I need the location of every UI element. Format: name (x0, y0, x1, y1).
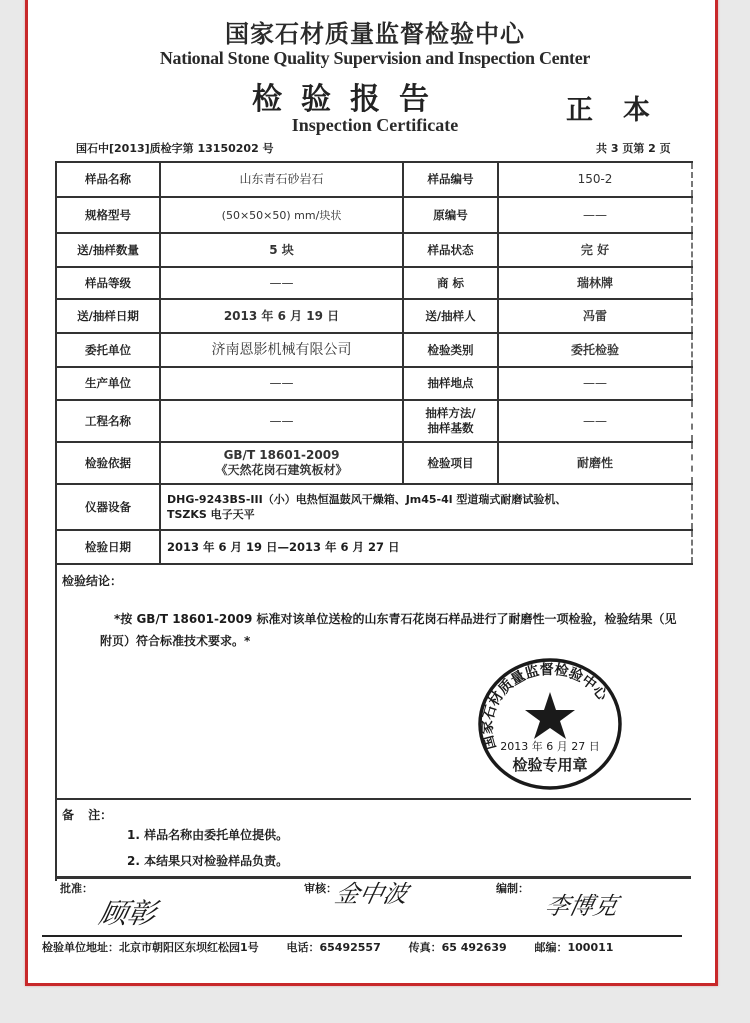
field-label: 检验类别 (403, 333, 498, 367)
field-label: 抽样方法/ 抽样基数 (403, 400, 498, 442)
org-name-cn: 国家石材质量监督检验中心 (0, 14, 750, 49)
field-value: 委托检验 (498, 333, 692, 367)
field-value: 完 好 (498, 233, 692, 267)
field-label: 检验项目 (403, 442, 498, 484)
table-row: 工程名称 —— 抽样方法/ 抽样基数 —— (56, 400, 692, 442)
star-icon (525, 692, 575, 739)
field-value: (50×50×50) mm/块状 (160, 197, 403, 233)
official-seal: 国家石材质量监督检验中心 2013 年 6 月 27 日 检验专用章 (476, 656, 624, 792)
notes-label: 备 注： (62, 806, 112, 823)
note-item: 2. 本结果只对检验样品负责。 (127, 852, 288, 869)
footer-postcode: 邮编：100011 (534, 941, 613, 954)
field-value: —— (498, 400, 692, 442)
field-value: 济南恩影机械有限公司 (160, 333, 403, 367)
page-number: 共 3 页第 2 页 (596, 140, 671, 156)
prepare-label: 编制： (496, 880, 529, 896)
sample-info-table: 样品名称 山东青石砂岩石 样品编号 150-2 规格型号 (50×50×50) … (55, 161, 693, 565)
field-value: 冯雷 (498, 299, 692, 333)
table-row: 委托单位 济南恩影机械有限公司 检验类别 委托检验 (56, 333, 692, 367)
approve-signature: 顾彰 (96, 892, 161, 932)
prepare-signature: 李博克 (542, 886, 621, 921)
field-value: GB/T 18601-2009 《天然花岗石建筑板材》 (160, 442, 403, 484)
table-row-equipment: 仪器设备 DHG-9243BS-III（小）电热恒温鼓风干燥箱、Jm45-4l … (56, 484, 692, 530)
field-label: 生产单位 (56, 367, 160, 400)
review-label: 审核： (304, 880, 337, 896)
report-title-en: Inspection Certificate (0, 115, 750, 136)
field-label: 原编号 (403, 197, 498, 233)
table-row: 生产单位 —— 抽样地点 —— (56, 367, 692, 400)
field-label: 检验日期 (56, 530, 160, 564)
field-value: —— (498, 367, 692, 400)
footer-divider (42, 935, 682, 937)
field-label: 样品编号 (403, 162, 498, 197)
seal-date: 2013 年 6 月 27 日 (500, 739, 599, 753)
field-label: 送/抽样日期 (56, 299, 160, 333)
field-label: 样品等级 (56, 267, 160, 299)
field-label: 送/抽样人 (403, 299, 498, 333)
field-label: 委托单位 (56, 333, 160, 367)
review-signature: 金中波 (332, 874, 411, 909)
report-title-cn: 检验报告 (252, 74, 448, 118)
equipment-value: DHG-9243BS-III（小）电热恒温鼓风干燥箱、Jm45-4l 型道瑞式耐… (160, 484, 692, 530)
table-row: 送/抽样数量 5 块 样品状态 完 好 (56, 233, 692, 267)
footer-fax: 传真：65 492639 (409, 941, 507, 954)
field-value: —— (160, 267, 403, 299)
field-label: 工程名称 (56, 400, 160, 442)
divider (55, 798, 691, 800)
field-value: 瑞林牌 (498, 267, 692, 299)
field-value: —— (498, 197, 692, 233)
footer-contact: 检验单位地址：北京市朝阳区东坝红松园1号 电话：65492557 传真：65 4… (42, 939, 637, 955)
reference-number: 国石中[2013]质检字第 13150202 号 (76, 140, 274, 156)
table-row: 检验依据 GB/T 18601-2009 《天然花岗石建筑板材》 检验项目 耐磨… (56, 442, 692, 484)
seal-purpose: 检验专用章 (512, 756, 587, 774)
field-value: 150-2 (498, 162, 692, 197)
test-date-value: 2013 年 6 月 19 日—2013 年 6 月 27 日 (160, 530, 692, 564)
approve-label: 批准： (60, 880, 93, 896)
field-label: 样品状态 (403, 233, 498, 267)
conclusion-label: 检验结论： (62, 572, 122, 589)
field-value: 2013 年 6 月 19 日 (160, 299, 403, 333)
conclusion-text: *按 GB/T 18601-2009 标准对该单位送检的山东青石花岗石样品进行了… (100, 608, 685, 652)
field-label: 送/抽样数量 (56, 233, 160, 267)
field-label: 样品名称 (56, 162, 160, 197)
field-value: 耐磨性 (498, 442, 692, 484)
table-row: 规格型号 (50×50×50) mm/块状 原编号 —— (56, 197, 692, 233)
org-name-en: National Stone Quality Supervision and I… (0, 48, 750, 69)
footer-address: 检验单位地址：北京市朝阳区东坝红松园1号 (42, 941, 259, 954)
field-label: 规格型号 (56, 197, 160, 233)
table-row: 样品名称 山东青石砂岩石 样品编号 150-2 (56, 162, 692, 197)
field-label: 商 标 (403, 267, 498, 299)
field-value: —— (160, 400, 403, 442)
field-value: —— (160, 367, 403, 400)
footer-phone: 电话：65492557 (287, 941, 381, 954)
table-row-test-date: 检验日期 2013 年 6 月 19 日—2013 年 6 月 27 日 (56, 530, 692, 564)
field-label: 检验依据 (56, 442, 160, 484)
table-row: 样品等级 —— 商 标 瑞林牌 (56, 267, 692, 299)
note-item: 1. 样品名称由委托单位提供。 (127, 826, 288, 843)
field-value: 山东青石砂岩石 (160, 162, 403, 197)
field-label: 抽样地点 (403, 367, 498, 400)
table-row: 送/抽样日期 2013 年 6 月 19 日 送/抽样人 冯雷 (56, 299, 692, 333)
field-label: 仪器设备 (56, 484, 160, 530)
field-value: 5 块 (160, 233, 403, 267)
